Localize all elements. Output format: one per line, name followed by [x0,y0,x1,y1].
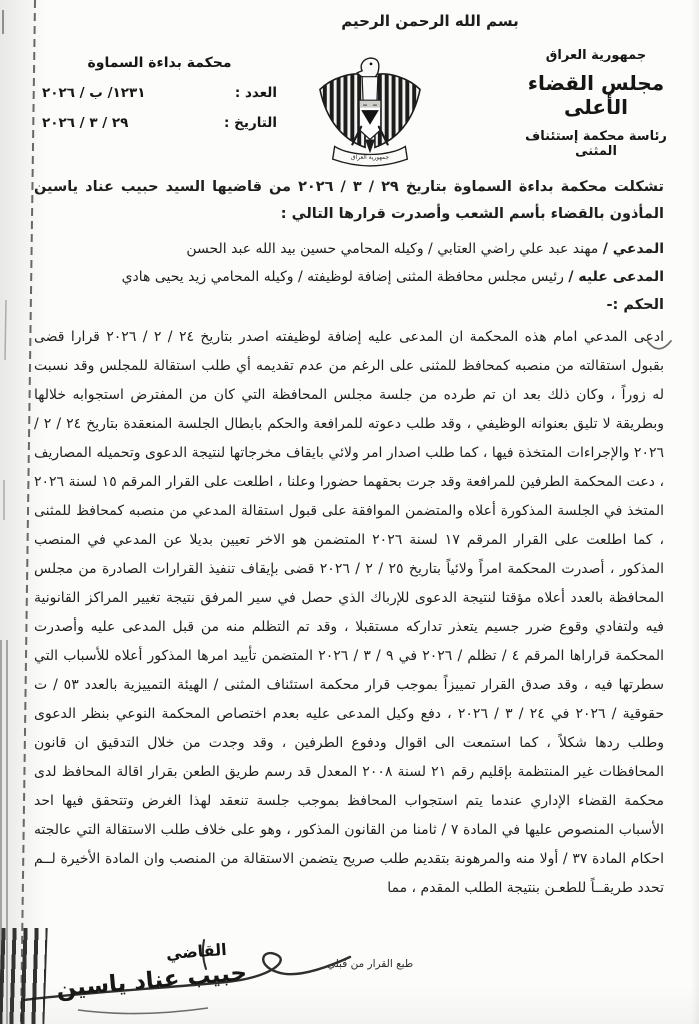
appeal-court-presidency: رئاسة محكمة إستئناف المثنى [507,129,685,159]
court-name: محكمة بداءة السماوة [42,55,277,71]
plaintiff-label: المدعي / [603,241,664,257]
iraq-coat-of-arms-icon: جمهورية العراق [316,56,424,172]
header-right-block: جمهورية العراق مجلس القضاء الأعلى رئاسة … [507,48,685,159]
plaintiff-line: المدعي / مهند عبد علي راضي العتابي / وكي… [34,235,664,263]
judge-signature-block: القاضي حبيب عناد ياسين [18,938,363,1024]
plaintiff-text: مهند عبد علي راضي العتابي / وكيله المحام… [186,241,602,257]
court-formation-intro: تشكلت محكمة بداءة السماوة بتاريخ ٢٩ / ٣ … [34,174,664,228]
basmala-text: بسم الله الرحمن الرحيم [285,12,575,30]
scanned-court-document: بسم الله الرحمن الرحيم جمهورية العراق مج… [0,0,699,1024]
country-name: جمهورية العراق [507,48,685,63]
header-left-block: محكمة بداءة السماوة العدد : ١٢٣١/ ب / ٢٠… [42,55,277,145]
defendant-label: المدعى عليه / [568,269,664,285]
defendant-text: رئيس مجلس محافظة المثنى إضافة لوظيفته / … [122,269,569,285]
ruling-heading: الحكم :- [34,291,664,319]
number-label: العدد : [235,85,277,101]
document-number-row: العدد : ١٢٣١/ ب / ٢٠٢٦ [42,85,277,101]
document-body: تشكلت محكمة بداءة السماوة بتاريخ ٢٩ / ٣ … [34,174,664,903]
judicial-council-title: مجلس القضاء الأعلى [507,71,685,119]
ruling-paragraph: ادعى المدعي امام هذه المحكمة ان المدعى ع… [34,323,664,903]
scan-edge-marks [0,640,9,1024]
emblem-scroll-text: جمهورية العراق [351,154,389,161]
document-date-row: التاريخ : ٢٩ / ٣ / ٢٠٢٦ [42,115,277,131]
number-value: ١٢٣١/ ب / ٢٠٢٦ [42,85,145,101]
date-label: التاريخ : [224,115,277,131]
pen-check-mark [646,338,674,356]
date-value: ٢٩ / ٣ / ٢٠٢٦ [42,115,128,131]
defendant-line: المدعى عليه / رئيس مجلس محافظة المثنى إض… [34,263,664,291]
